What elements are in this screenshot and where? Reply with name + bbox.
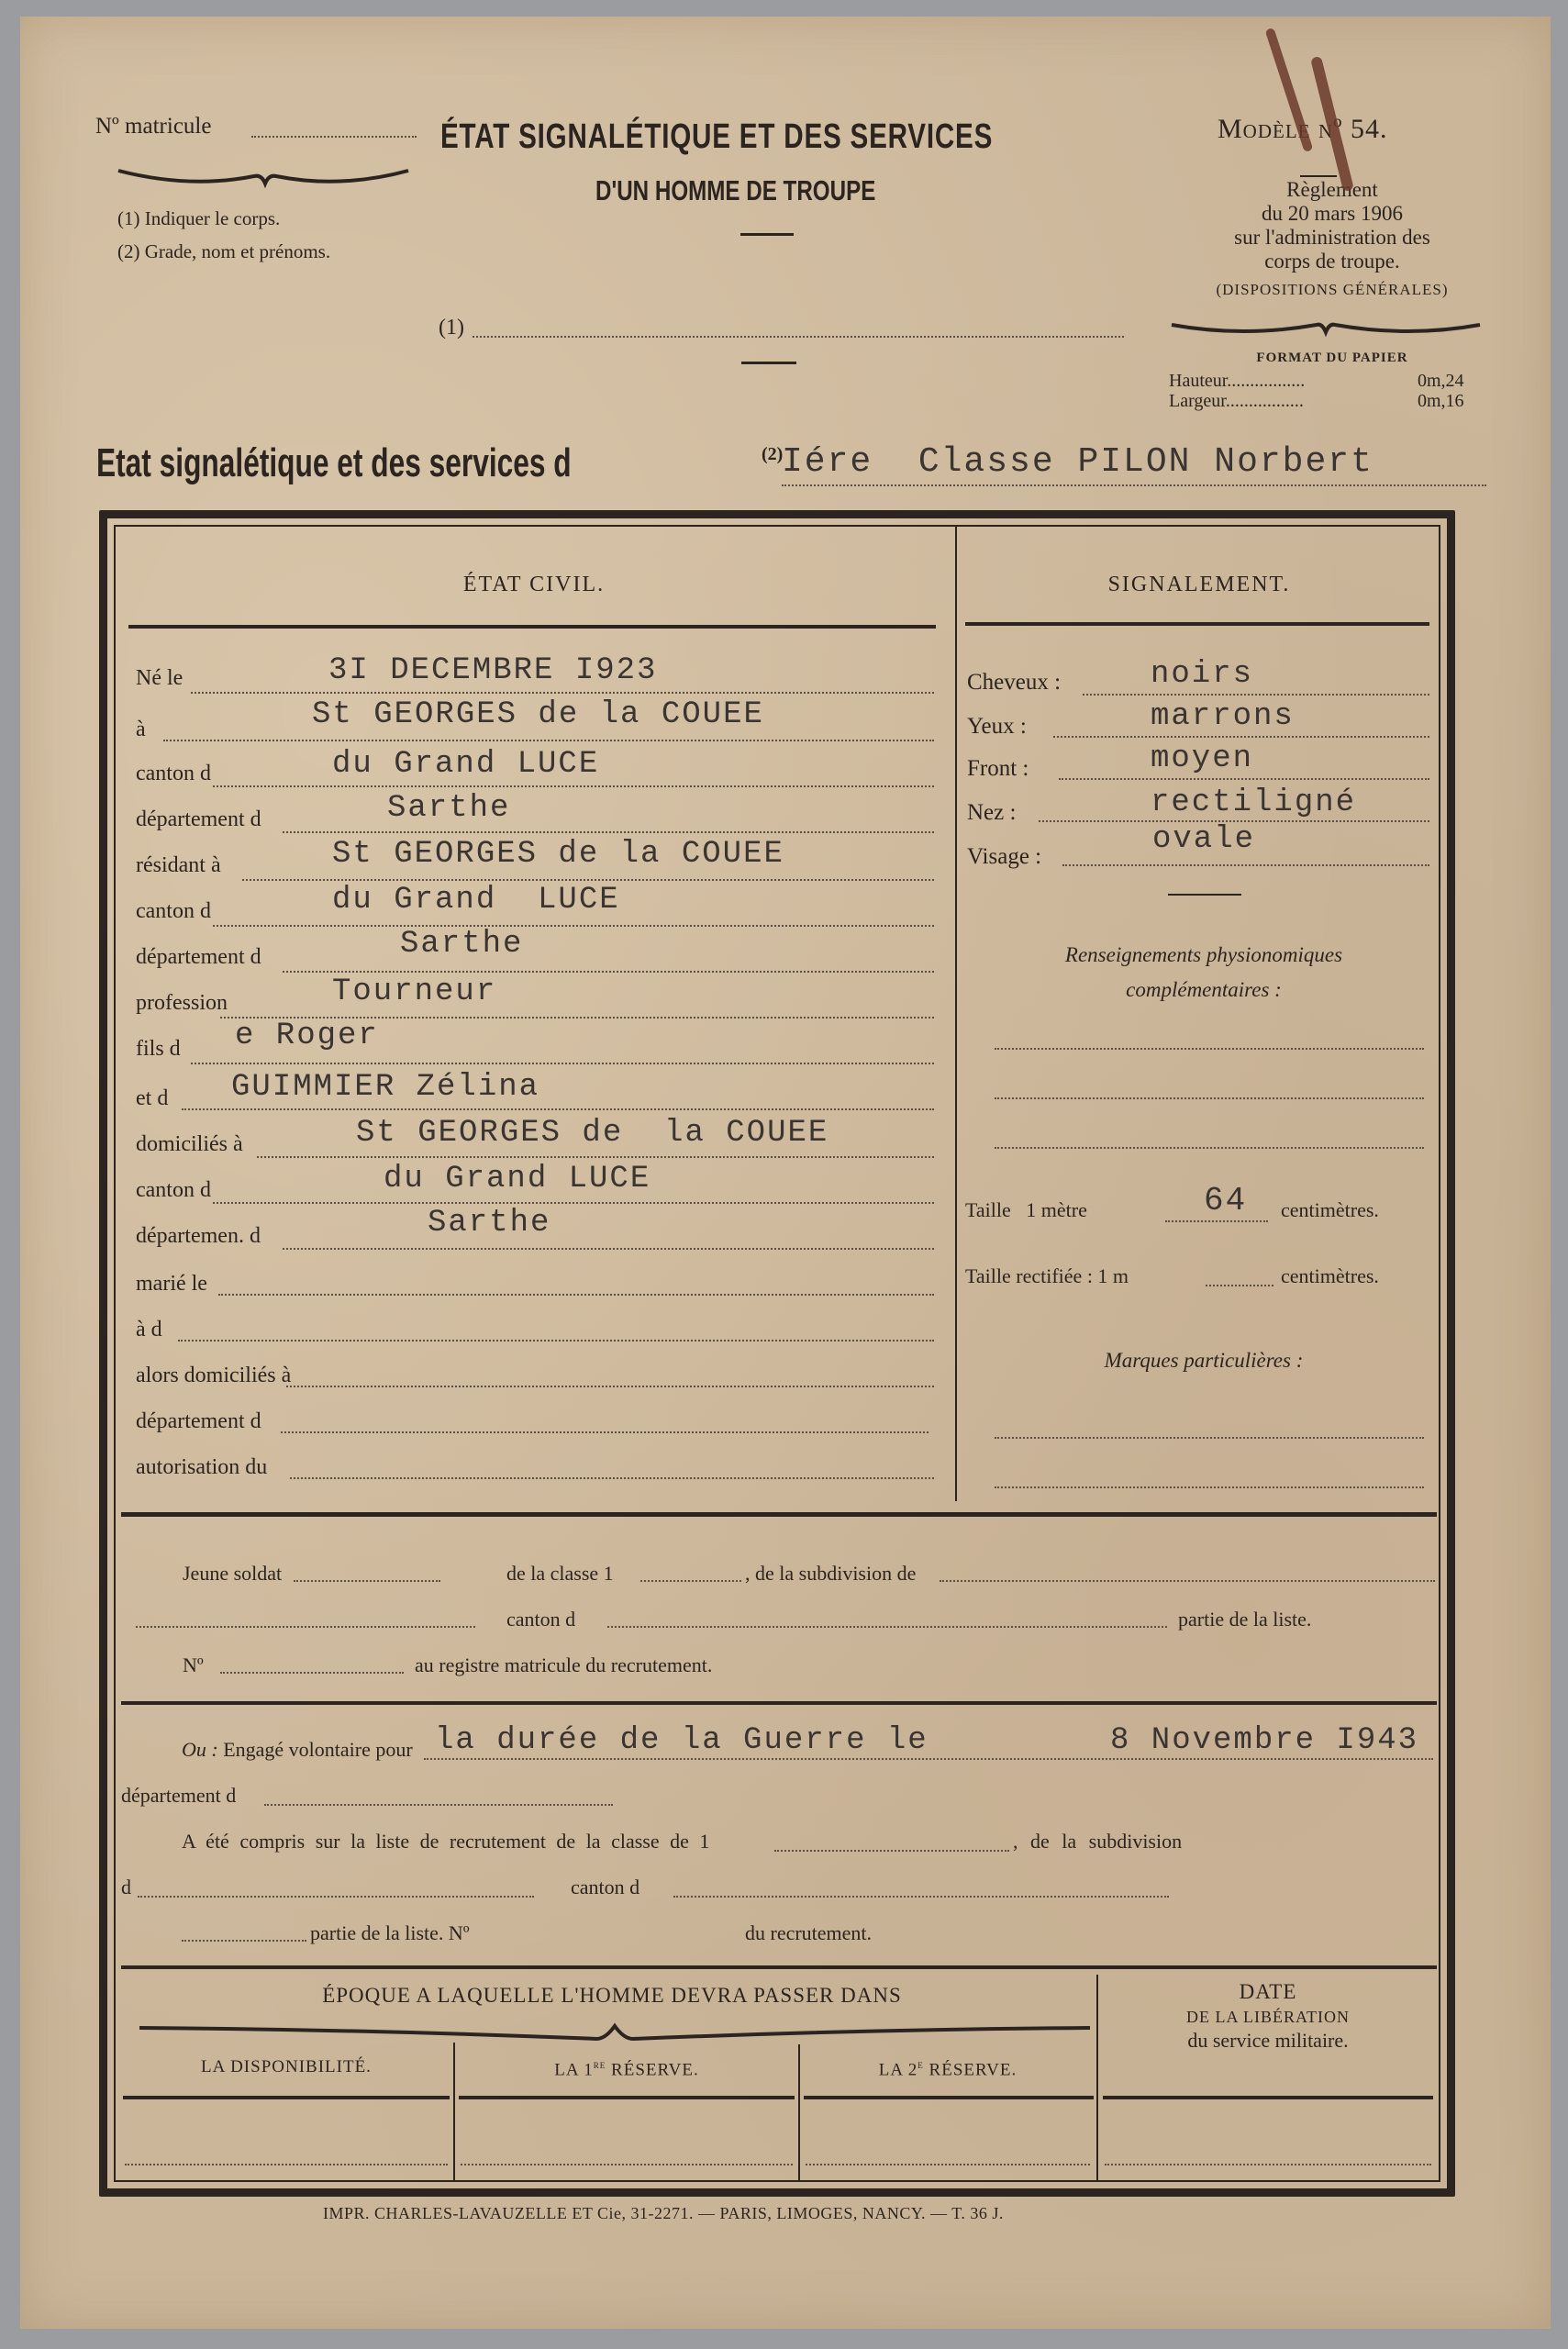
subject-marker: (2) — [762, 444, 783, 465]
row-label-departement: départemen. d — [136, 1224, 261, 1249]
numero-field[interactable] — [220, 1672, 404, 1674]
renseignements-field-1[interactable] — [995, 1048, 1424, 1050]
field-residence[interactable]: St GEORGES de la COUEE — [332, 837, 784, 872]
form-title: ÉTAT SIGNALÉTIQUE ET DES SERVICES — [440, 117, 993, 157]
field-line — [1053, 736, 1429, 738]
largeur-value: 0m,16 — [1418, 391, 1464, 412]
divider — [1168, 894, 1241, 896]
engage-departement-label: département d — [121, 1784, 236, 1808]
field-line — [191, 1063, 934, 1064]
compris-canton-label: canton d — [571, 1876, 639, 1899]
signalement-heading: SIGNALEMENT. — [965, 573, 1433, 597]
subject-value[interactable]: Iére Classe PILON Norbert — [782, 442, 1373, 482]
subdivision-field-cont[interactable] — [136, 1626, 475, 1628]
header-rule — [123, 2096, 450, 2099]
compris-recrutement-label: du recrutement. — [745, 1921, 872, 1945]
row-label-residant: résidant à — [136, 853, 221, 878]
subject-label: Etat signalétique et des services d — [96, 440, 572, 486]
taille-rectifiee-unit: centimètres. — [1281, 1264, 1379, 1288]
form-subtitle: D'UN HOMME DE TROUPE — [595, 174, 875, 207]
field-visage[interactable]: ovale — [1152, 822, 1255, 857]
renseignements-line: complémentaires : — [965, 973, 1442, 1008]
column-disponibilite: LA DISPONIBILITÉ. — [121, 2057, 451, 2077]
field-autorisation[interactable] — [290, 1477, 934, 1479]
field-front[interactable]: moyen — [1151, 741, 1253, 776]
column-1re-reserve: LA 1re RÉSERVE. — [456, 2057, 797, 2080]
row-label-canton: canton d — [136, 899, 211, 924]
matricule-label: Nº matricule — [95, 114, 211, 139]
canton-field[interactable] — [607, 1626, 1167, 1628]
column-divider — [955, 527, 957, 1501]
field-then-departement[interactable] — [281, 1431, 929, 1433]
footnote-2: (2) Grade, nom et prénoms. — [117, 240, 330, 263]
row-label-canton: canton d — [136, 762, 211, 786]
footnote-1: (1) Indiquer le corps. — [117, 207, 280, 230]
ornament-brace-icon — [1170, 319, 1482, 341]
label-visage: Visage : — [967, 844, 1041, 870]
heading-rule — [128, 625, 936, 629]
field-yeux[interactable]: marrons — [1151, 699, 1295, 734]
field-cheveux[interactable]: noirs — [1151, 657, 1253, 692]
divider — [741, 362, 796, 364]
label-nez: Nez : — [967, 800, 1016, 826]
classe-label: de la classe 1 — [506, 1562, 614, 1586]
compris-subdivision-label: , de la subdivision — [1013, 1830, 1182, 1854]
taille-unit: centimètres. — [1281, 1198, 1379, 1222]
etat-civil-heading: ÉTAT CIVIL. — [130, 573, 938, 597]
field-marriage-date[interactable] — [218, 1294, 934, 1296]
disponibilite-field[interactable] — [125, 2164, 448, 2165]
header-rule — [459, 2096, 795, 2099]
taille-field-line — [1165, 1220, 1268, 1222]
reglement-line: sur l'administration des — [1176, 226, 1488, 250]
row-label-fils-de: fils d — [136, 1037, 181, 1062]
field-then-domicile[interactable] — [286, 1386, 934, 1387]
field-birth-canton[interactable]: du Grand LUCE — [332, 747, 599, 782]
engage-ou: Ou : — [182, 1738, 218, 1761]
row-label-departement: département d — [136, 945, 261, 970]
divider — [1300, 175, 1337, 177]
taille-value[interactable]: 64 — [1204, 1182, 1247, 1219]
field-mother[interactable]: GUIMMIER Zélina — [231, 1070, 539, 1105]
reglement-line: du 20 mars 1906 — [1176, 202, 1488, 226]
ornament-brace-icon — [117, 163, 410, 191]
compris-partie-label: partie de la liste. Nº — [310, 1921, 470, 1945]
subject-field-line — [782, 484, 1486, 486]
section-rule — [121, 1512, 1437, 1517]
numero-label: Nº — [183, 1653, 204, 1677]
row-label-marie-le: marié le — [136, 1272, 207, 1297]
date-liberation-field[interactable] — [1105, 2164, 1431, 2165]
header-rule — [1103, 2096, 1433, 2099]
field-line — [213, 1202, 934, 1204]
engage-departement-field[interactable] — [264, 1804, 613, 1806]
field-birth-departement[interactable]: Sarthe — [387, 791, 510, 826]
column-divider — [1096, 1975, 1098, 2180]
label-yeux: Yeux : — [967, 714, 1027, 740]
marques-field-2[interactable] — [995, 1486, 1424, 1488]
registre-label: au registre matricule du recrutement. — [415, 1653, 712, 1677]
row-label-profession: profession — [136, 991, 228, 1016]
marques-field-1[interactable] — [995, 1437, 1424, 1439]
label-front: Front : — [967, 756, 1029, 782]
jeune-soldat-label: Jeune soldat — [183, 1562, 282, 1586]
largeur-label: Largeur................. — [1169, 391, 1304, 412]
field-line — [182, 1108, 934, 1110]
row-label-canton: canton d — [136, 1178, 211, 1203]
taille-rectifiee-label: Taille rectifiée : 1 m — [965, 1264, 1129, 1288]
field-birth-place[interactable]: St GEORGES de la COUEE — [312, 697, 764, 732]
format-title: FORMAT DU PAPIER — [1176, 351, 1488, 366]
2e-reserve-field[interactable] — [806, 2164, 1090, 2165]
compris-d-field[interactable] — [138, 1896, 534, 1898]
engage-field-line — [424, 1758, 1433, 1760]
row-label-domicilies: domiciliés à — [136, 1132, 243, 1157]
reglement-block: Règlement du 20 mars 1906 sur l'administ… — [1176, 178, 1488, 273]
engage-date-value[interactable]: 8 Novembre I943 — [1110, 1723, 1418, 1758]
hauteur-value: 0m,24 — [1418, 371, 1464, 392]
imprint: IMPR. CHARLES-LAVAUZELLE ET Cie, 31-2271… — [323, 2204, 1004, 2223]
section-rule — [121, 1965, 1437, 1969]
compris-partie-field[interactable] — [182, 1940, 306, 1942]
renseignements-field-2[interactable] — [995, 1097, 1424, 1099]
field-marriage-place[interactable] — [178, 1340, 934, 1341]
epoque-heading: ÉPOQUE A LAQUELLE L'HOMME DEVRA PASSER D… — [130, 1984, 1094, 2008]
column-2e-reserve: LA 2e RÉSERVE. — [801, 2057, 1095, 2080]
date-liberation-heading: DATE DE LA LIBÉRATION du service militai… — [1099, 1980, 1437, 2053]
engage-duration-value[interactable]: la durée de la Guerre le — [435, 1723, 929, 1758]
field-line — [213, 785, 934, 787]
header-rule — [804, 2096, 1094, 2099]
canton-label: canton d — [506, 1608, 575, 1631]
compris-canton-field[interactable] — [673, 1896, 1169, 1898]
compris-classe-field[interactable] — [774, 1850, 1009, 1852]
matricule-field[interactable] — [251, 136, 417, 138]
document-page: Nº matricule (1) Indiquer le corps. (2) … — [20, 17, 1551, 2329]
hauteur-label: Hauteur................. — [1169, 371, 1305, 392]
row-label-alors-domicilies: alors domiciliés à — [136, 1364, 291, 1388]
row-label-autorisation: autorisation du — [136, 1455, 267, 1480]
field-line — [283, 971, 934, 973]
partie-liste-label: partie de la liste. — [1178, 1608, 1311, 1631]
field-line — [1083, 694, 1429, 696]
field-line — [1062, 864, 1429, 866]
field-father[interactable]: e Roger — [235, 1019, 379, 1053]
corps-marker: (1) — [439, 316, 464, 340]
heading-rule — [965, 622, 1429, 626]
label-cheveux: Cheveux : — [967, 670, 1061, 696]
column-label: LA 1 — [554, 2060, 594, 2079]
field-nez[interactable]: rectiligné — [1151, 785, 1356, 820]
section-rule — [121, 1701, 1437, 1705]
row-label-a: à — [136, 718, 146, 742]
column-divider — [798, 2044, 800, 2180]
marques-heading: Marques particulières : — [965, 1349, 1442, 1373]
row-label-ne-le: Né le — [136, 666, 183, 691]
column-label: LA 2 — [879, 2060, 918, 2079]
compris-label: A été compris sur la liste de recrutemen… — [182, 1830, 709, 1854]
row-label-departement: département d — [136, 1409, 261, 1434]
dispositions: (DISPOSITIONS GÉNÉRALES) — [1176, 281, 1488, 299]
column-label: RÉSERVE. — [606, 2060, 698, 2079]
engage-prefix: Ou : Engagé volontaire pour — [182, 1738, 413, 1762]
field-residence-departement[interactable]: Sarthe — [400, 927, 523, 962]
corps-field[interactable] — [473, 336, 1124, 338]
field-parents-departement[interactable]: Sarthe — [428, 1206, 550, 1241]
column-label: RÉSERVE. — [924, 2060, 1017, 2079]
renseignements-field-3[interactable] — [995, 1147, 1424, 1149]
date-heading-line: du service militaire. — [1099, 2029, 1437, 2053]
row-label-departement: département d — [136, 807, 261, 832]
field-line — [1059, 778, 1429, 780]
1re-reserve-field[interactable] — [461, 2164, 793, 2165]
column-label-sup: re — [594, 2057, 606, 2071]
field-line — [163, 740, 934, 741]
taille-label: Taille 1 mètre — [965, 1198, 1087, 1222]
field-line — [283, 831, 934, 833]
field-parents-domicile[interactable]: St GEORGES de la COUEE — [356, 1116, 828, 1151]
compris-d-label: d — [121, 1876, 131, 1899]
field-line — [213, 925, 934, 927]
field-line — [283, 1248, 934, 1250]
renseignements-heading: Renseignements physionomiques complément… — [965, 938, 1442, 1008]
jeune-soldat-field[interactable] — [294, 1580, 440, 1582]
reglement-line: corps de troupe. — [1176, 250, 1488, 273]
field-line — [257, 1156, 934, 1158]
field-profession[interactable]: Tourneur — [332, 974, 496, 1009]
divider — [740, 233, 794, 236]
subdivision-field[interactable] — [940, 1580, 1435, 1582]
field-line — [242, 879, 934, 881]
date-heading-line: DE LA LIBÉRATION — [1099, 2008, 1437, 2027]
engage-label: Engagé volontaire pour — [223, 1738, 413, 1761]
taille-rectifiee-field[interactable] — [1206, 1285, 1273, 1286]
field-parents-canton[interactable]: du Grand LUCE — [384, 1162, 651, 1197]
row-label-a-de: à d — [136, 1318, 162, 1342]
field-line — [191, 692, 934, 694]
row-label-et-de: et d — [136, 1086, 168, 1111]
subdivision-label: , de la subdivision de — [745, 1562, 916, 1586]
renseignements-line: Renseignements physionomiques — [965, 938, 1442, 973]
date-heading-line: DATE — [1099, 1980, 1437, 2004]
ornament-brace-icon — [138, 2021, 1092, 2044]
reglement-line: Règlement — [1176, 178, 1488, 202]
classe-field[interactable] — [640, 1580, 741, 1582]
field-birth-date[interactable]: 3I DECEMBRE I923 — [328, 653, 657, 688]
column-divider — [453, 2043, 455, 2180]
field-residence-canton[interactable]: du Grand LUCE — [332, 883, 620, 918]
